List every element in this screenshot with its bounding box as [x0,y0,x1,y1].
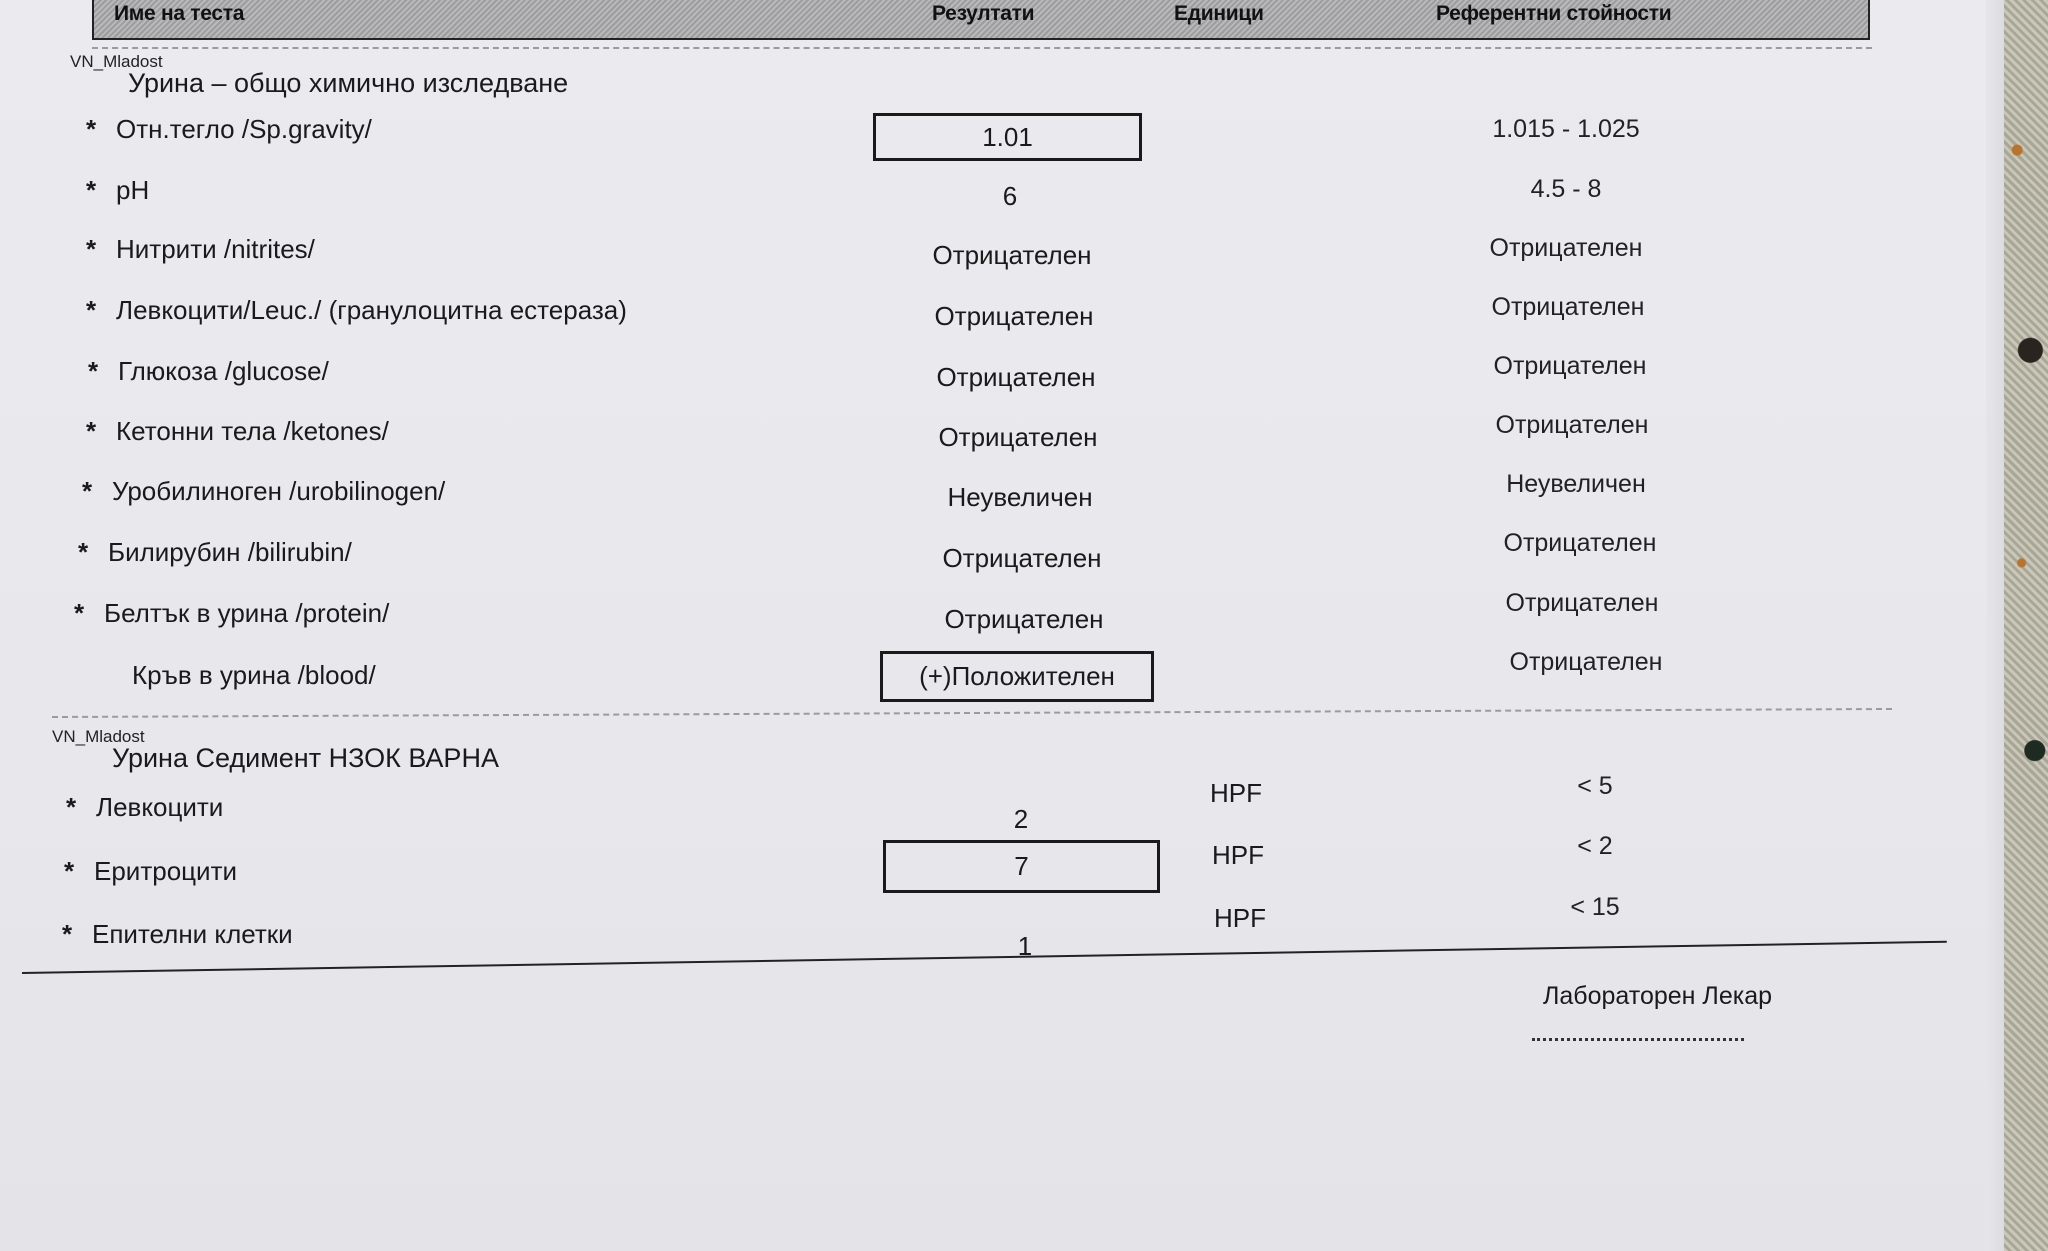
reference-value: < 5 [1465,772,1725,801]
reference-value: Отрицателен [1436,234,1696,263]
reference-value: Отрицателен [1452,589,1712,618]
test-label: Глюкоза /glucose/ [118,356,329,386]
test-name: *Кетонни тела /ketones/ [86,416,389,447]
test-name: *Белтък в урина /protein/ [74,598,389,629]
test-name: *Епителни клетки [62,919,293,950]
header-reference: Референтни стойности [1436,2,1671,26]
test-name: *pH [86,175,149,206]
test-label: Нитрити /nitrites/ [116,234,315,264]
result-value: 2 [881,804,1161,835]
divider [92,47,1872,49]
test-name: *Левкоцити [66,792,223,823]
required-marker: * [82,476,112,507]
required-marker: * [88,356,118,387]
result-value: Отрицателен [884,604,1164,635]
reference-value: Отрицателен [1450,529,1710,558]
reference-value: Отрицателен [1438,293,1698,322]
reference-value: Неувеличен [1446,470,1706,499]
flagged-result: 1.01 [873,113,1142,161]
result-value: 6 [870,181,1150,212]
paper-edge [1986,0,2004,1251]
test-label: Билирубин /bilirubin/ [108,537,352,567]
flagged-result: (+)Положителен [880,651,1154,702]
reference-value: < 2 [1465,832,1725,861]
flagged-result: 7 [883,840,1160,893]
required-marker: * [62,919,92,950]
header-test-name: Име на теста [114,2,244,26]
test-label: Кетонни тела /ketones/ [116,416,389,446]
reference-value: < 15 [1465,893,1725,922]
test-label: Левкоцити [96,792,223,822]
table-header: Име на теста Резултати Единици Референтн… [92,0,1870,40]
required-marker: * [86,295,116,326]
reference-value: Отрицателен [1440,352,1700,381]
required-marker: * [66,792,96,823]
reference-value: 1.015 - 1.025 [1436,115,1696,144]
unit: HPF [1210,778,1262,809]
test-name: *Отн.тегло /Sp.gravity/ [86,114,372,145]
required-marker: * [64,856,94,887]
test-name: *Билирубин /bilirubin/ [78,537,352,568]
header-units: Единици [1174,2,1264,26]
section-divider [52,708,1892,718]
result-value: Отрицателен [878,422,1158,453]
test-label: Еритроцити [94,856,237,886]
test-name: *Левкоцити/Leuc./ (гранулоцитна естераза… [86,295,627,326]
test-name: *Нитрити /nitrites/ [86,234,315,265]
section-title: Урина – общо химично изследване [128,68,568,99]
test-label: Белтък в урина /protein/ [104,598,389,628]
required-marker: * [86,114,116,145]
test-label: Отн.тегло /Sp.gravity/ [116,114,372,144]
test-name: Кръв в урина /blood/ [102,660,376,691]
test-label: pH [116,175,149,205]
test-name: *Глюкоза /glucose/ [88,356,329,387]
signature-line [1532,1038,1744,1041]
required-marker: * [78,537,108,568]
result-value: Отрицателен [872,240,1152,271]
test-label: Левкоцити/Leuc./ (гранулоцитна естераза) [116,295,627,325]
required-marker: * [86,416,116,447]
test-label: Уробилиноген /urobilinogen/ [112,476,445,506]
reference-value: Отрицателен [1442,411,1702,440]
required-marker: * [86,175,116,206]
test-name: *Уробилиноген /urobilinogen/ [82,476,445,507]
signature-label: Лабораторен Лекар [1543,982,1772,1011]
test-name: *Еритроцити [64,856,237,887]
reference-value: Отрицателен [1456,648,1716,677]
header-results: Резултати [932,2,1034,26]
result-value: Неувеличен [880,482,1160,513]
required-marker: * [74,598,104,629]
required-marker: * [86,234,116,265]
test-label: Епителни клетки [92,919,293,949]
result-value: Отрицателен [882,543,1162,574]
result-value: Отрицателен [876,362,1156,393]
result-value: Отрицателен [874,301,1154,332]
background-fabric [2004,0,2048,1251]
unit: HPF [1214,903,1266,934]
section-title: Урина Седимент НЗОК ВАРНА [112,743,499,774]
unit: HPF [1212,840,1264,871]
test-label: Кръв в урина /blood/ [132,660,376,690]
reference-value: 4.5 - 8 [1436,175,1696,204]
